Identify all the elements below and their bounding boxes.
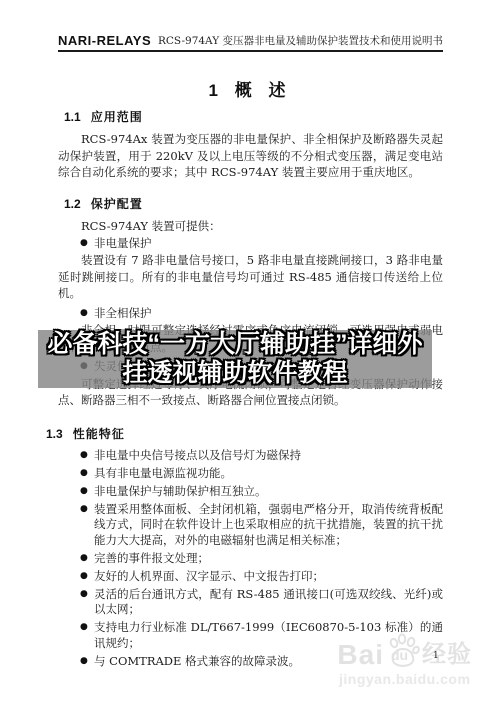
section-title: 应用范围 (91, 110, 143, 124)
list-item-text: 具有非电量电源监视功能。 (94, 466, 443, 482)
overlay-caption-line2: 挂透视辅助软件教程 (122, 359, 347, 388)
bullet-icon: ● (80, 484, 94, 500)
bullet-icon: ● (80, 502, 94, 549)
section-heading: 1.2保护配置 (64, 195, 443, 212)
intro-line: RCS-974AY 装置可提供： (58, 218, 443, 234)
list-item-text: 非电量中央信号接点以及信号灯为磁保持 (94, 448, 443, 464)
section-application-scope: 1.1应用范围 RCS-974Ax 装置为变压器的非电量保护、非全相保护及断路器… (58, 108, 443, 181)
list-item: ● 非电量中央信号接点以及信号灯为磁保持 (58, 448, 443, 464)
document-page: NARI-RELAYS RCS-974AY 变压器非电量及辅助保护装置技术和使用… (0, 0, 500, 707)
section-title: 保护配置 (91, 197, 143, 211)
page-header: NARI-RELAYS RCS-974AY 变压器非电量及辅助保护装置技术和使用… (58, 33, 443, 52)
overlay-caption-line1: 必备科技“一方大厅辅助挂”详细外 (47, 330, 422, 359)
list-item-label: 非全相保护 (94, 306, 443, 322)
bullet-icon: ● (80, 236, 94, 252)
watermark-logo-bai: Bai (337, 641, 384, 669)
list-item-text: 完善的事件报文处理； (94, 551, 443, 567)
bullet-icon: ● (80, 569, 94, 585)
list-item-text: 装置采用整体面板、全封闭机箱，强弱电严格分开，取消传统背板配线方式，同时在软件设… (94, 502, 443, 549)
list-item: ● 具有非电量电源监视功能。 (58, 466, 443, 482)
list-item-desc: 装置设有 7 路非电量信号接口，5 路非电量直接跳闸接口，3 路非电量延时跳闸接… (58, 252, 443, 302)
bullet-icon: ● (80, 448, 94, 464)
section-heading: 1.1应用范围 (64, 108, 443, 125)
section-number: 1.2 (64, 197, 81, 211)
watermark-logo-jingyan: 经验 (422, 641, 472, 669)
list-item-text: 灵活的后台通讯方式，配有 RS-485 通讯接口(可选双绞线、光纤)或以太网； (94, 587, 443, 618)
section-number: 1.1 (64, 110, 81, 124)
list-item-label: 非电量保护 (94, 236, 443, 252)
document-body: 1.1应用范围 RCS-974Ax 装置为变压器的非电量保护、非全相保护及断路器… (58, 108, 443, 679)
bullet-icon: ● (80, 466, 94, 482)
list-item: ● 装置采用整体面板、全封闭机箱，强弱电严格分开，取消传统背板配线方式，同时在软… (58, 502, 443, 549)
watermark-logo-row: Bai du 经验 (337, 633, 472, 669)
overlay-caption-band: 必备科技“一方大厅辅助挂”详细外 挂透视辅助软件教程 (38, 330, 432, 388)
watermark-url: jingyan.baidu.com (337, 671, 472, 687)
bullet-icon: ● (80, 587, 94, 618)
section-title: 性能特征 (73, 427, 125, 441)
watermark-logo-du: du (391, 647, 408, 663)
chapter-title: 1 概 述 (0, 76, 500, 101)
bullet-icon: ● (80, 620, 94, 651)
section-heading: 1.3性能特征 (46, 425, 443, 442)
list-item: ● 非电量保护与辅助保护相互独立。 (58, 484, 443, 500)
list-item: ● 灵活的后台通讯方式，配有 RS-485 通讯接口(可选双绞线、光纤)或以太网… (58, 587, 443, 618)
paw-icon: du (386, 633, 420, 669)
page-number: 1 (433, 651, 439, 661)
list-item-text: 友好的人机界面、汉字显示、中文报告打印； (94, 569, 443, 585)
bullet-icon: ● (80, 306, 94, 322)
list-item: ● 非全相保护 (58, 306, 443, 322)
baidu-jingyan-watermark: Bai du 经验 jingyan.baidu.com (337, 633, 472, 687)
document-title-header: RCS-974AY 变压器非电量及辅助保护装置技术和使用说明书 (158, 33, 443, 48)
brand-logo-text: NARI-RELAYS (58, 33, 151, 48)
list-item: ● 友好的人机界面、汉字显示、中文报告打印； (58, 569, 443, 585)
list-item: ● 完善的事件报文处理； (58, 551, 443, 567)
bullet-icon: ● (80, 654, 94, 670)
list-item: ● 非电量保护 (58, 236, 443, 252)
section-number: 1.3 (46, 427, 63, 441)
paragraph: RCS-974Ax 装置为变压器的非电量保护、非全相保护及断路器失灵起动保护装置… (58, 131, 443, 181)
bullet-icon: ● (80, 551, 94, 567)
list-item-text: 非电量保护与辅助保护相互独立。 (94, 484, 443, 500)
